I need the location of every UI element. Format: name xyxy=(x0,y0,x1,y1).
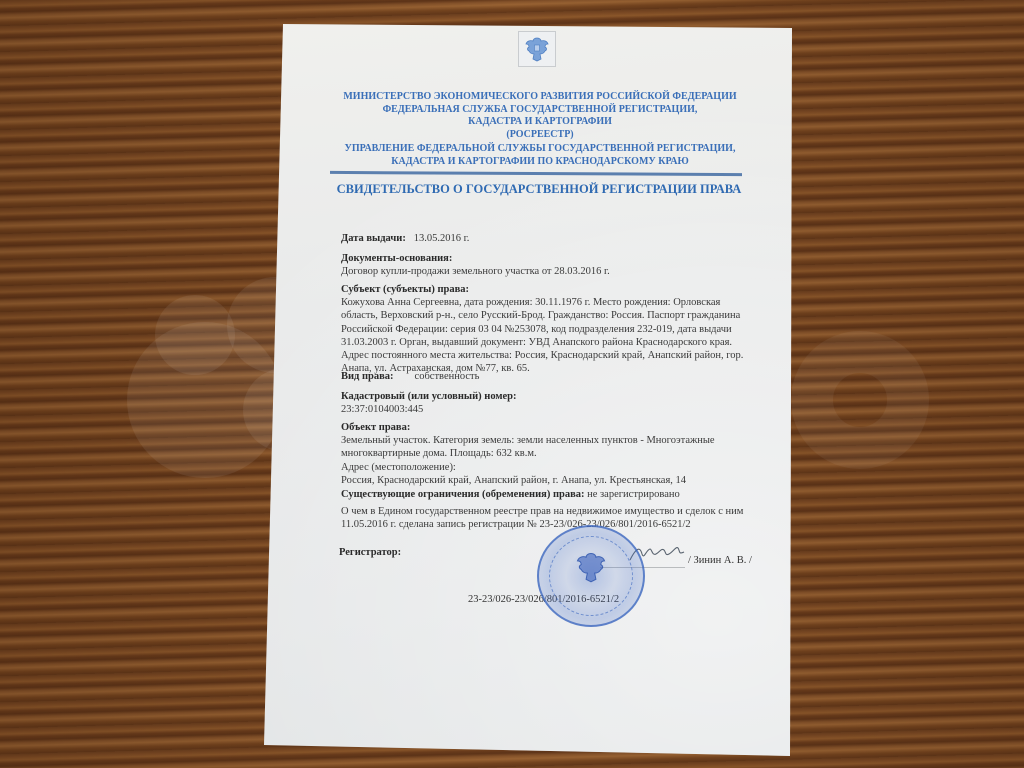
registrar-name: / Зинин А. В. / xyxy=(688,555,752,566)
header-line: УПРАВЛЕНИЕ ФЕДЕРАЛЬНОЙ СЛУЖБЫ ГОСУДАРСТВ… xyxy=(330,143,750,156)
certificate-document: МИНИСТЕРСТВО ЭКОНОМИЧЕСКОГО РАЗВИТИЯ РОС… xyxy=(0,0,1024,768)
cadastral-number-value: 23:37:0104003:445 xyxy=(341,403,751,416)
issue-date-label: Дата выдачи: xyxy=(341,233,406,244)
registry-note-line: О чем в Едином государственном реестре п… xyxy=(341,505,771,518)
basis-documents-value: Договор купли-продажи земельного участка… xyxy=(341,265,751,278)
header-line: (РОСРЕЕСТР) xyxy=(330,129,750,142)
issue-date-value: 13.05.2016 г. xyxy=(414,233,470,244)
header-line: КАДАСТРА И КАРТОГРАФИИ xyxy=(330,116,750,129)
right-type-label: Вид права: xyxy=(341,371,394,382)
cadastral-number-label: Кадастровый (или условный) номер: xyxy=(341,390,751,403)
registrar-label: Регистратор: xyxy=(339,547,401,558)
header-line: КАДАСТРА И КАРТОГРАФИИ ПО КРАСНОДАРСКОМУ… xyxy=(330,156,750,169)
object-line: Россия, Краснодарский край, Анапский рай… xyxy=(341,474,761,487)
object-line: Адрес (местоположение): xyxy=(341,461,761,474)
object-line: Земельный участок. Категория земель: зем… xyxy=(341,434,761,447)
encumbrances-field: Существующие ограничения (обременения) п… xyxy=(341,488,680,501)
basis-documents-label: Документы-основания: xyxy=(341,252,751,265)
cadastral-number-field: Кадастровый (или условный) номер: 23:37:… xyxy=(341,390,751,416)
object-line: многоквартирные дома. Площадь: 632 кв.м. xyxy=(341,447,761,460)
document-title: СВИДЕТЕЛЬСТВО О ГОСУДАРСТВЕННОЙ РЕГИСТРА… xyxy=(330,182,748,197)
right-type-field: Вид права: собственность xyxy=(341,370,479,383)
encumbrances-label: Существующие ограничения (обременения) п… xyxy=(341,489,585,500)
encumbrances-value: не зарегистрировано xyxy=(587,489,680,500)
object-field: Объект права: Земельный участок. Категор… xyxy=(341,421,761,487)
header-line: ФЕДЕРАЛЬНАЯ СЛУЖБА ГОСУДАРСТВЕННОЙ РЕГИС… xyxy=(330,104,750,117)
subjects-line: Российской Федерации: серия 03 04 №25307… xyxy=(341,323,761,336)
ministry-header: МИНИСТЕРСТВО ЭКОНОМИЧЕСКОГО РАЗВИТИЯ РОС… xyxy=(330,91,750,141)
object-label: Объект права: xyxy=(341,421,761,434)
official-stamp xyxy=(537,525,645,627)
regional-office-header: УПРАВЛЕНИЕ ФЕДЕРАЛЬНОЙ СЛУЖБЫ ГОСУДАРСТВ… xyxy=(330,143,750,168)
subjects-line: область, Верховский р-н., село Русский-Б… xyxy=(341,309,761,322)
header-divider xyxy=(330,171,742,176)
right-type-value: собственность xyxy=(415,371,480,382)
registry-note-line: 11.05.2016 г. сделана запись регистрации… xyxy=(341,518,771,531)
subjects-line: Адрес постоянного места жительства: Росс… xyxy=(341,349,761,362)
subjects-line: 31.03.2003 г. Орган, выдавший документ: … xyxy=(341,336,761,349)
russian-coat-of-arms-icon xyxy=(518,31,556,67)
stamp-eagle-icon xyxy=(575,549,607,585)
header-line: МИНИСТЕРСТВО ЭКОНОМИЧЕСКОГО РАЗВИТИЯ РОС… xyxy=(330,91,750,104)
basis-documents-field: Документы-основания: Договор купли-прода… xyxy=(341,252,751,278)
subjects-field: Субъект (субъекты) права: Кожухова Анна … xyxy=(341,283,761,375)
issue-date-field: Дата выдачи: 13.05.2016 г. xyxy=(341,232,469,245)
subjects-label: Субъект (субъекты) права: xyxy=(341,283,761,296)
subjects-line: Кожухова Анна Сергеевна, дата рождения: … xyxy=(341,296,761,309)
registry-note: О чем в Едином государственном реестре п… xyxy=(341,505,771,531)
